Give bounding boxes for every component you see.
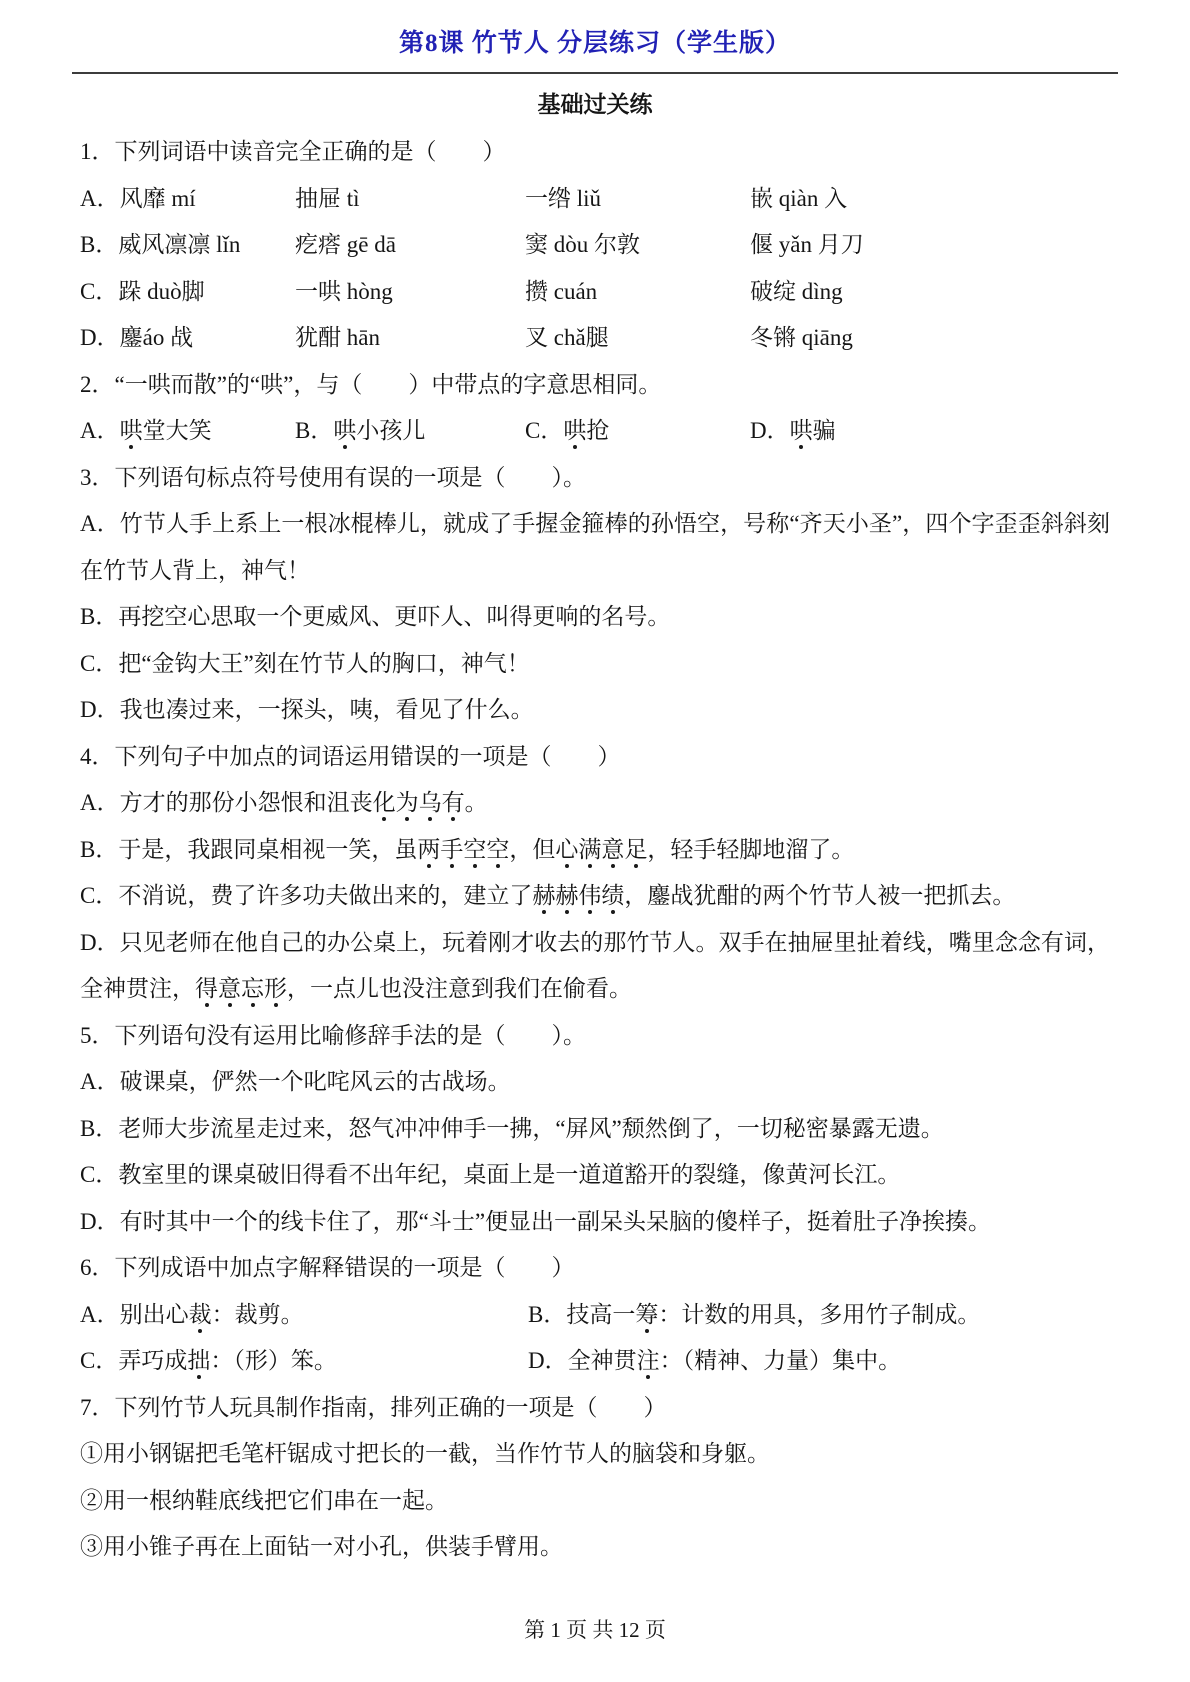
q5-option-b: B．老师大步流星走过来，怒气冲冲伸手一拂，“屏风”颓然倒了，一切秘密暴露无遗。 bbox=[80, 1106, 1110, 1153]
q2-option-c: C．哄抢 bbox=[525, 408, 750, 455]
question-7-stem: 7．下列竹节人玩具制作指南，排列正确的一项是（ ） bbox=[80, 1385, 1110, 1432]
q1-cell-b2: 疙瘩 gē dā bbox=[295, 222, 525, 269]
q4-option-c: C．不消说，费了许多功夫做出来的，建立了赫赫伟绩，鏖战犹酣的两个竹节人被一把抓去… bbox=[80, 873, 1110, 920]
q1-cell-b1: B．威风凛凛 lǐn bbox=[80, 222, 295, 269]
q1-cell-d4: 冬锵 qiāng bbox=[750, 315, 1110, 362]
q1-cell-b3: 窦 dòu 尔敦 bbox=[525, 222, 750, 269]
q6-option-b: B．技高一筹：计数的用具，多用竹子制成。 bbox=[528, 1292, 1110, 1339]
q3-option-a: A．竹节人手上系上一根冰棍棒儿，就成了手握金箍棒的孙悟空，号称“齐天小圣”，四个… bbox=[80, 501, 1110, 594]
q5-option-d: D．有时其中一个的线卡住了，那“斗士”便显出一副呆头呆脑的傻样子，挺着肚子净挨揍… bbox=[80, 1199, 1110, 1246]
q1-cell-b4: 偃 yǎn 月刀 bbox=[750, 222, 1110, 269]
q3-option-c: C．把“金钩大王”刻在竹节人的胸口，神气！ bbox=[80, 641, 1110, 688]
q1-cell-d2: 犹酣 hān bbox=[295, 315, 525, 362]
q1-cell-d3: 叉 chǎ腿 bbox=[525, 315, 750, 362]
title-divider bbox=[72, 72, 1118, 74]
q7-step-1: ①用小钢锯把毛笔杆锯成寸把长的一截，当作竹节人的脑袋和身躯。 bbox=[80, 1431, 1110, 1478]
section-heading: 基础过关练 bbox=[80, 90, 1110, 120]
question-1-stem: 1．下列词语中读音完全正确的是（ ） bbox=[80, 129, 1110, 176]
question-3-stem: 3．下列语句标点符号使用有误的一项是（ ）。 bbox=[80, 455, 1110, 502]
q3-option-d: D．我也凑过来，一探头，咦，看见了什么。 bbox=[80, 687, 1110, 734]
question-1-row-a: A．风靡 mí 抽屉 tì 一绺 liǔ 嵌 qiàn 入 bbox=[80, 176, 1110, 223]
q2-option-b: B．哄小孩儿 bbox=[295, 408, 525, 455]
question-2-stem: 2．“一哄而散”的“哄”，与（ ）中带点的字意思相同。 bbox=[80, 362, 1110, 409]
q7-step-2: ②用一根纳鞋底线把它们串在一起。 bbox=[80, 1478, 1110, 1525]
q6-option-a: A．别出心裁：裁剪。 bbox=[80, 1292, 528, 1339]
q2-option-d: D．哄骗 bbox=[750, 408, 1110, 455]
q4-option-a: A．方才的那份小怨恨和沮丧化为乌有。 bbox=[80, 780, 1110, 827]
question-1-row-b: B．威风凛凛 lǐn 疙瘩 gē dā 窦 dòu 尔敦 偃 yǎn 月刀 bbox=[80, 222, 1110, 269]
q7-step-3: ③用小锥子再在上面钻一对小孔，供装手臂用。 bbox=[80, 1524, 1110, 1571]
q1-cell-a2: 抽屉 tì bbox=[295, 176, 525, 223]
question-4-stem: 4．下列句子中加点的词语运用错误的一项是（ ） bbox=[80, 734, 1110, 781]
q1-cell-a4: 嵌 qiàn 入 bbox=[750, 176, 1110, 223]
q1-cell-c3: 攒 cuán bbox=[525, 269, 750, 316]
q5-option-a: A．破课桌，俨然一个叱咤风云的古战场。 bbox=[80, 1059, 1110, 1106]
question-1-row-c: C．跺 duò脚 一哄 hòng 攒 cuán 破绽 dìng bbox=[80, 269, 1110, 316]
worksheet-page: 第8课 竹节人 分层练习（学生版） 基础过关练 1．下列词语中读音完全正确的是（… bbox=[0, 0, 1190, 1682]
question-list: 1．下列词语中读音完全正确的是（ ） A．风靡 mí 抽屉 tì 一绺 liǔ … bbox=[80, 129, 1110, 1571]
q4-option-b: B．于是，我跟同桌相视一笑，虽两手空空，但心满意足，轻手轻脚地溜了。 bbox=[80, 827, 1110, 874]
question-6-row-2: C．弄巧成拙：（形）笨。 D．全神贯注：（精神、力量）集中。 bbox=[80, 1338, 1110, 1385]
q4-option-d: D．只见老师在他自己的办公桌上，玩着刚才收去的那竹节人。双手在抽屉里扯着线，嘴里… bbox=[80, 920, 1110, 1013]
page-title: 第8课 竹节人 分层练习（学生版） bbox=[80, 0, 1110, 60]
question-2-options: A．哄堂大笑 B．哄小孩儿 C．哄抢 D．哄骗 bbox=[80, 408, 1110, 455]
q3-option-b: B．再挖空心思取一个更威风、更吓人、叫得更响的名号。 bbox=[80, 594, 1110, 641]
q1-cell-a3: 一绺 liǔ bbox=[525, 176, 750, 223]
q1-cell-a1: A．风靡 mí bbox=[80, 176, 295, 223]
q1-cell-d1: D．鏖áo 战 bbox=[80, 315, 295, 362]
q2-option-a: A．哄堂大笑 bbox=[80, 408, 295, 455]
question-1-row-d: D．鏖áo 战 犹酣 hān 叉 chǎ腿 冬锵 qiāng bbox=[80, 315, 1110, 362]
q6-option-d: D．全神贯注：（精神、力量）集中。 bbox=[528, 1338, 1110, 1385]
question-6-stem: 6．下列成语中加点字解释错误的一项是（ ） bbox=[80, 1245, 1110, 1292]
q1-cell-c4: 破绽 dìng bbox=[750, 269, 1110, 316]
q6-option-c: C．弄巧成拙：（形）笨。 bbox=[80, 1338, 528, 1385]
question-5-stem: 5．下列语句没有运用比喻修辞手法的是（ ）。 bbox=[80, 1013, 1110, 1060]
q1-cell-c1: C．跺 duò脚 bbox=[80, 269, 295, 316]
page-number: 第 1 页 共 12 页 bbox=[0, 1616, 1190, 1644]
q5-option-c: C．教室里的课桌破旧得看不出年纪，桌面上是一道道豁开的裂缝，像黄河长江。 bbox=[80, 1152, 1110, 1199]
q1-cell-c2: 一哄 hòng bbox=[295, 269, 525, 316]
question-6-row-1: A．别出心裁：裁剪。 B．技高一筹：计数的用具，多用竹子制成。 bbox=[80, 1292, 1110, 1339]
